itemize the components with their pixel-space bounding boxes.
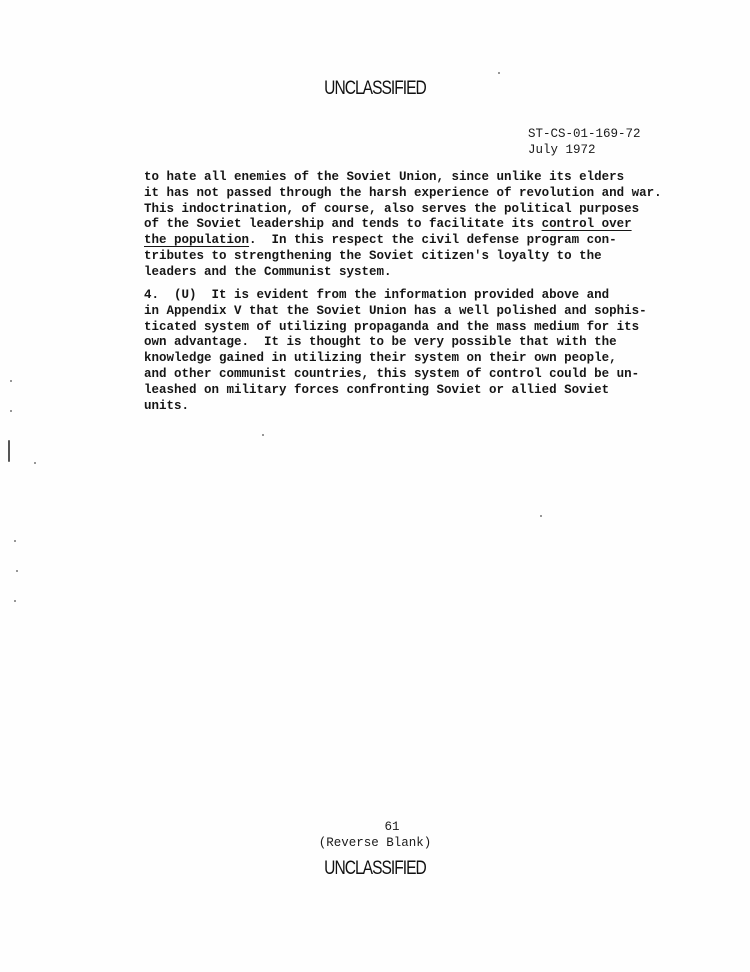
text-line: to hate all enemies of the Soviet Union,… bbox=[144, 170, 624, 184]
text-line: in Appendix V that the Soviet Union has … bbox=[144, 304, 647, 318]
classification-marking-bottom: UNCLASSIFIED bbox=[68, 858, 683, 880]
text-line: of the Soviet leadership and tends to fa… bbox=[144, 217, 542, 231]
scan-speck bbox=[34, 462, 36, 464]
scan-speck bbox=[498, 72, 500, 74]
scan-speck bbox=[540, 515, 542, 517]
underlined-phrase: control over bbox=[542, 217, 632, 231]
text-line: 4. (U) It is evident from the informatio… bbox=[144, 288, 609, 302]
paragraph-continuation: to hate all enemies of the Soviet Union,… bbox=[144, 170, 644, 281]
scan-speck bbox=[262, 434, 264, 436]
page-number: 61 bbox=[17, 819, 750, 835]
scan-speck bbox=[10, 410, 12, 412]
text-line: This indoctrination, of course, also ser… bbox=[144, 202, 639, 216]
text-line: own advantage. It is thought to be very … bbox=[144, 335, 617, 349]
scan-mark bbox=[8, 440, 10, 462]
text-line: ticated system of utilizing propaganda a… bbox=[144, 320, 639, 334]
document-date: July 1972 bbox=[528, 142, 641, 158]
scan-speck bbox=[14, 600, 16, 602]
text-line: it has not passed through the harsh expe… bbox=[144, 186, 662, 200]
text-line: leashed on military forces confronting S… bbox=[144, 383, 609, 397]
text-line: leaders and the Communist system. bbox=[144, 265, 392, 279]
underlined-phrase: the population bbox=[144, 233, 249, 247]
text-line: tributes to strengthening the Soviet cit… bbox=[144, 249, 602, 263]
scan-speck bbox=[16, 570, 18, 572]
text-line: units. bbox=[144, 399, 189, 413]
document-reference: ST-CS-01-169-72 July 1972 bbox=[528, 126, 641, 158]
text-line: and other communist countries, this syst… bbox=[144, 367, 639, 381]
text-line: . In this respect the civil defense prog… bbox=[249, 233, 617, 247]
document-number: ST-CS-01-169-72 bbox=[528, 126, 641, 142]
classification-marking-top: UNCLASSIFIED bbox=[68, 78, 683, 100]
scan-speck bbox=[10, 380, 12, 382]
scan-speck bbox=[14, 540, 16, 542]
document-page: UNCLASSIFIED ST-CS-01-169-72 July 1972 t… bbox=[0, 0, 750, 972]
paragraph-4: 4. (U) It is evident from the informatio… bbox=[144, 288, 644, 414]
reverse-blank-note: (Reverse Blank) bbox=[0, 835, 750, 851]
text-line: knowledge gained in utilizing their syst… bbox=[144, 351, 617, 365]
